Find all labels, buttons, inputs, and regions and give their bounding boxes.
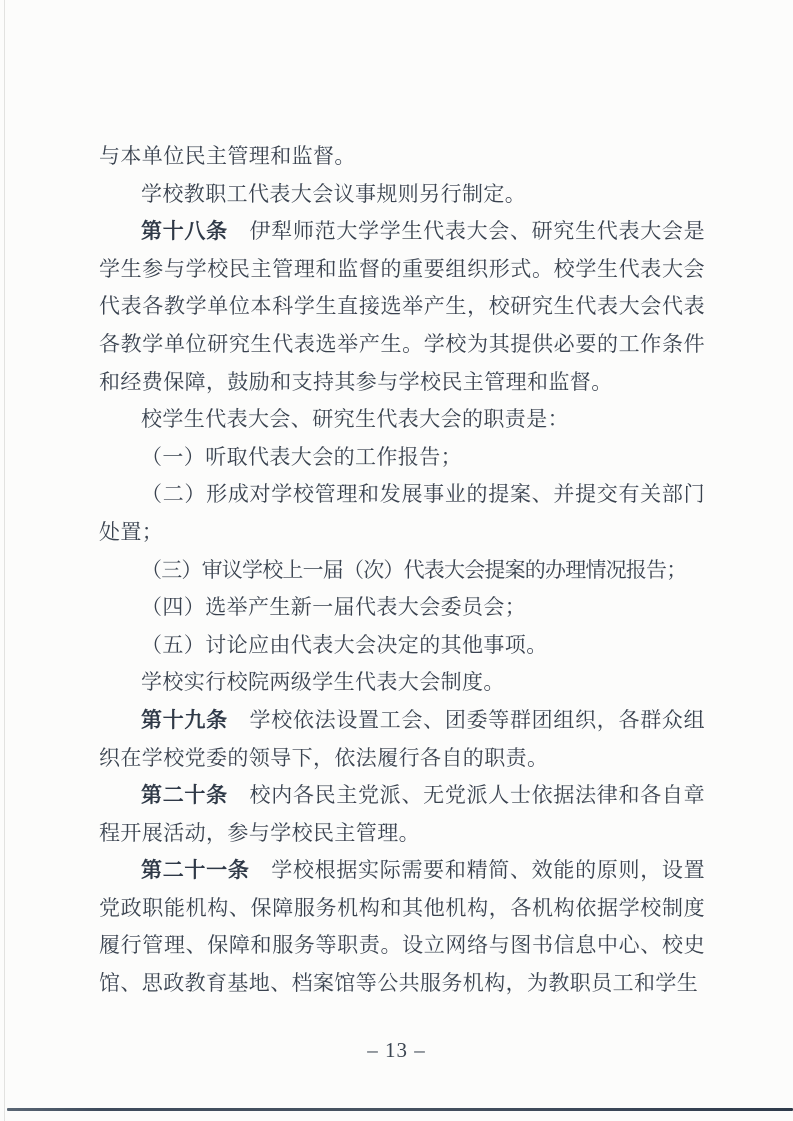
p-duty-item-2: （二）形成对学校管理和发展事业的提案、并提交有关部门处置； <box>99 476 705 551</box>
paragraph-text: （一）听取代表大会的工作报告； <box>141 445 462 469</box>
p-two-level-system: 学校实行校院两级学生代表大会制度。 <box>99 664 705 702</box>
scan-edge-bottom-line <box>7 1108 793 1111</box>
paragraph-text: （三）审议学校上一届（次）代表大会提案的办理情况报告； <box>141 558 686 582</box>
article-21-term: 第二十一条 <box>141 858 271 882</box>
p-student-congress-duties-intro: 校学生代表大会、研究生代表大会的职责是： <box>99 401 705 439</box>
article-19-term: 第十九条 <box>141 708 250 732</box>
paragraph-text: 学校实行校院两级学生代表大会制度。 <box>141 670 505 694</box>
article-18-term: 第十八条 <box>141 219 250 243</box>
p-staff-congress-rules: 学校教职工代表大会议事规则另行制定。 <box>99 176 705 214</box>
p-article-21: 第二十一条 学校根据实际需要和精简、效能的原则，设置党政职能机构、保障服务机构和… <box>99 852 705 1002</box>
paragraph-text: 校学生代表大会、研究生代表大会的职责是： <box>141 407 569 431</box>
scan-edge-left-streak <box>4 0 5 1121</box>
p-article-18: 第十八条 伊犁师范大学学生代表大会、研究生代表大会是学生参与学校民主管理和监督的… <box>99 213 705 401</box>
p-duty-item-3: （三）审议学校上一届（次）代表大会提案的办理情况报告； <box>99 552 705 590</box>
paragraph-text: （二）形成对学校管理和发展事业的提案、并提交有关部门处置； <box>99 482 705 544</box>
document-page: 与本单位民主管理和监督。 学校教职工代表大会议事规则另行制定。 第十八条 伊犁师… <box>0 0 793 1121</box>
paragraph-text: 与本单位民主管理和监督。 <box>99 144 356 168</box>
article-20-term: 第二十条 <box>141 783 250 807</box>
p-duty-item-5: （五）讨论应由代表大会决定的其他事项。 <box>99 627 705 665</box>
paragraph-text: 学校教职工代表大会议事规则另行制定。 <box>141 182 526 206</box>
p-continuation: 与本单位民主管理和监督。 <box>99 138 705 176</box>
p-article-19: 第十九条 学校依法设置工会、团委等群团组织，各群众组织在学校党委的领导下，依法履… <box>99 702 705 777</box>
page-number: – 13 – <box>0 1038 793 1063</box>
paragraph-text: （五）讨论应由代表大会决定的其他事项。 <box>141 633 548 657</box>
p-duty-item-4: （四）选举产生新一届代表大会委员会； <box>99 589 705 627</box>
paragraph-text: （四）选举产生新一届代表大会委员会； <box>141 595 526 619</box>
paragraph-text: 伊犁师范大学学生代表大会、研究生代表大会是学生参与学校民主管理和监督的重要组织形… <box>99 219 705 393</box>
document-body: 与本单位民主管理和监督。 学校教职工代表大会议事规则另行制定。 第十八条 伊犁师… <box>99 138 705 1003</box>
p-article-20: 第二十条 校内各民主党派、无党派人士依据法律和各自章程开展活动，参与学校民主管理… <box>99 777 705 852</box>
p-duty-item-1: （一）听取代表大会的工作报告； <box>99 439 705 477</box>
